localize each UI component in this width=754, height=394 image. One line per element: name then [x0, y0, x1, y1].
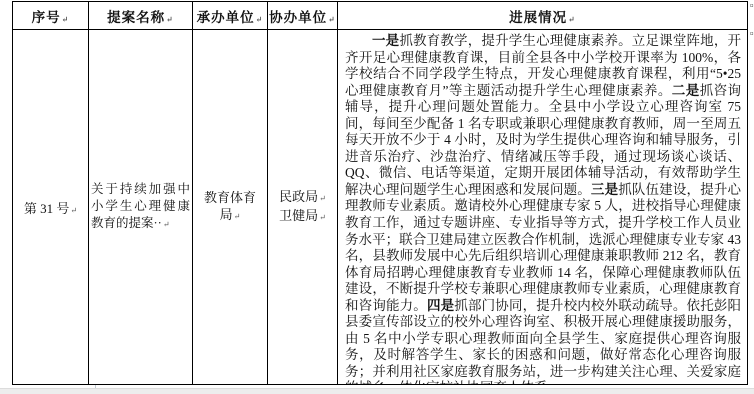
header-organizer: 承办单位↵ — [193, 2, 268, 29]
document-page: 序号↵ 提案名称↵ 承办单位↵ 协办单位↵ 进展情况↵ 第 31 号↵ 关于持续… — [0, 0, 754, 394]
paragraph-mark: ↵ — [166, 15, 174, 24]
cell-progress: 一是抓教育教学，提升学生心理健康素养。立足课堂阵地，开齐开足心理健康教育课，目前… — [338, 30, 747, 384]
cell-proposal-number: 第 31 号↵ — [13, 30, 89, 384]
progress-paragraph: 一是抓教育教学，提升学生心理健康素养。立足课堂阵地，开齐开足心理健康教育课，目前… — [345, 33, 741, 384]
cell-organizer: 教育体育局↵ — [193, 30, 268, 384]
header-progress: 进展情况↵ — [338, 2, 747, 29]
paragraph-mark: ↵ — [62, 15, 70, 24]
header-co-organizer: 协办单位↵ — [268, 2, 338, 29]
row-end-mark: ¤ — [750, 3, 754, 10]
paragraph-mark: ↵ — [163, 220, 170, 229]
paragraph-mark: ↵ — [319, 213, 326, 222]
header-organizer-label: 承办单位 — [197, 10, 255, 25]
co-organizer-1: 民政局 — [279, 189, 318, 204]
header-proposal-name-label: 提案名称 — [107, 10, 165, 25]
paragraph-mark: ↵ — [234, 212, 241, 221]
proposal-name: 关于持续加强中小学生心理健康教育的提案·· — [91, 182, 190, 230]
window-bottom-strip — [0, 388, 754, 394]
table-header-row: 序号↵ 提案名称↵ 承办单位↵ 协办单位↵ 进展情况↵ — [13, 2, 747, 30]
organizer-name: 教育体育局 — [204, 190, 256, 222]
table-data-row: 第 31 号↵ 关于持续加强中小学生心理健康教育的提案··↵ 教育体育局↵ 民政… — [13, 30, 747, 384]
header-seq: 序号↵ — [13, 2, 89, 29]
proposal-progress-table: 序号↵ 提案名称↵ 承办单位↵ 协办单位↵ 进展情况↵ 第 31 号↵ 关于持续… — [12, 1, 748, 385]
paragraph-mark: ↵ — [319, 194, 326, 203]
cell-co-organizers: 民政局↵ 卫健局↵ — [268, 30, 338, 384]
header-seq-label: 序号 — [32, 10, 61, 25]
header-progress-label: 进展情况 — [509, 10, 567, 25]
row-end-mark: ¤ — [750, 31, 754, 38]
co-organizer-2: 卫健局 — [279, 208, 318, 223]
paragraph-mark: ↵ — [568, 15, 576, 24]
header-co-organizer-label: 协办单位 — [269, 10, 327, 25]
cell-proposal-name: 关于持续加强中小学生心理健康教育的提案··↵ — [89, 30, 193, 384]
proposal-number: 第 31 号 — [24, 201, 70, 216]
header-proposal-name: 提案名称↵ — [89, 2, 193, 29]
paragraph-mark: ↵ — [70, 206, 77, 215]
paragraph-mark: ↵ — [256, 15, 264, 24]
paragraph-mark: ↵ — [328, 15, 336, 24]
